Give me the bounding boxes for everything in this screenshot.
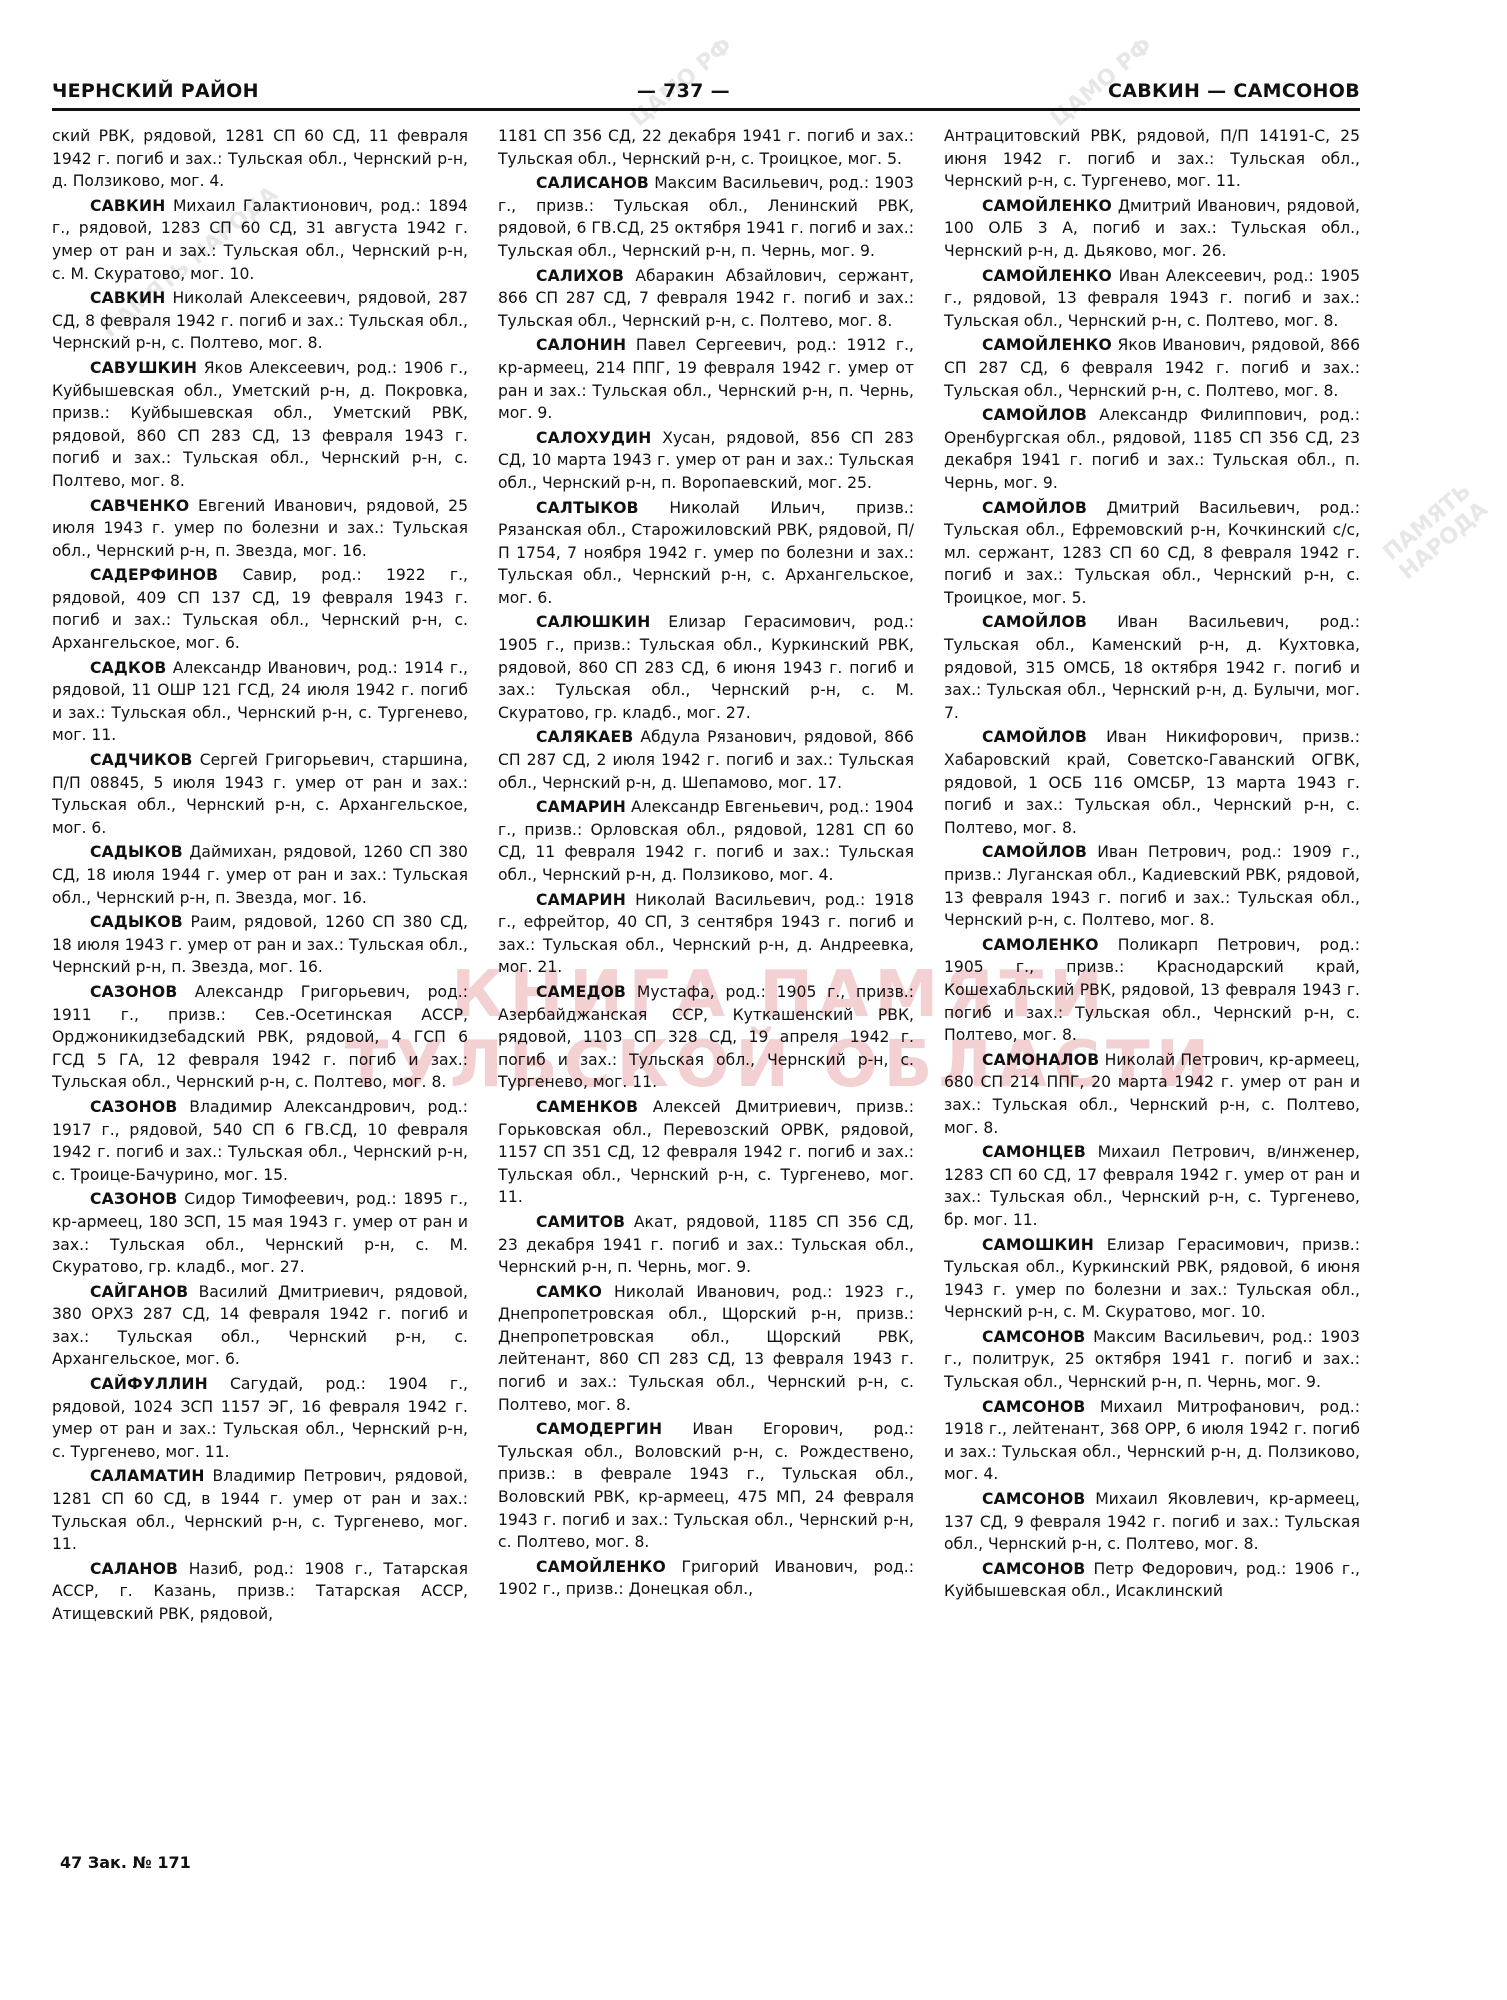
entry-surname: САМОЙЛЕНКО <box>536 1558 666 1576</box>
entry-surname: САЛИХОВ <box>536 267 624 285</box>
list-item: 1181 СП 356 СД, 22 декабря 1941 г. погиб… <box>498 125 914 170</box>
list-item: САМОНАЛОВ Николай Петрович, кр-армеец, 6… <box>944 1049 1360 1139</box>
list-item: САМОЙЛЕНКО Яков Иванович, рядовой, 866 С… <box>944 334 1360 402</box>
entry-surname: САЛЯКАЕВ <box>536 728 633 746</box>
list-item: САМОШКИН Елизар Герасимович, призв.: Тул… <box>944 1234 1360 1324</box>
entry-surname: САМОНАЛОВ <box>982 1051 1099 1069</box>
entry-surname: САМСОНОВ <box>982 1490 1086 1508</box>
entry-text: 1181 СП 356 СД, 22 декабря 1941 г. погиб… <box>498 127 914 168</box>
list-item: САМСОНОВ Максим Васильевич, род.: 1903 г… <box>944 1326 1360 1394</box>
list-item: САДЫКОВ Даймихан, рядовой, 1260 СП 380 С… <box>52 841 468 909</box>
list-item: САМЕНКОВ Алексей Дмитриевич, призв.: Гор… <box>498 1096 914 1209</box>
entry-surname: САВЧЕНКО <box>90 497 189 515</box>
list-item: Антрацитовский РВК, рядовой, П/П 14191-С… <box>944 125 1360 193</box>
list-item: САМСОНОВ Михаил Яковлевич, кр-армеец, 13… <box>944 1488 1360 1556</box>
list-item: САМОЙЛОВ Иван Петрович, род.: 1909 г., п… <box>944 841 1360 931</box>
entry-surname: САМОЙЛОВ <box>982 406 1087 424</box>
page-number: — 737 — <box>637 80 730 102</box>
list-item: ский РВК, рядовой, 1281 СП 60 СД, 11 фев… <box>52 125 468 193</box>
list-item: САЛОНИН Павел Сергеевич, род.: 1912 г., … <box>498 334 914 424</box>
entry-text: Антрацитовский РВК, рядовой, П/П 14191-С… <box>944 127 1360 190</box>
list-item: САВЧЕНКО Евгений Иванович, рядовой, 25 и… <box>52 495 468 563</box>
entry-surname: САМСОНОВ <box>982 1328 1086 1346</box>
list-item: САМОЙЛОВ Иван Васильевич, род.: Тульская… <box>944 611 1360 724</box>
page-header: ЧЕРНСКИЙ РАЙОН — 737 — САВКИН — САМСОНОВ <box>52 80 1360 111</box>
entry-surname: САЛАНОВ <box>90 1560 178 1578</box>
entry-surname: САДЫКОВ <box>90 913 183 931</box>
name-range: САВКИН — САМСОНОВ <box>1108 80 1360 102</box>
list-item: САЙФУЛЛИН Сагудай, род.: 1904 г., рядово… <box>52 1373 468 1463</box>
entry-surname: САМОЙЛОВ <box>982 843 1087 861</box>
list-item: САЛАМАТИН Владимир Петрович, рядовой, 12… <box>52 1465 468 1555</box>
entry-surname: САМСОНОВ <box>982 1560 1086 1578</box>
entry-surname: САЙГАНОВ <box>90 1283 188 1301</box>
entry-surname: САМОЙЛОВ <box>982 613 1087 631</box>
entry-surname: САДЫКОВ <box>90 843 183 861</box>
column-1: ский РВК, рядовой, 1281 СП 60 СД, 11 фев… <box>52 125 468 1628</box>
list-item: САЙГАНОВ Василий Дмитриевич, рядовой, 38… <box>52 1281 468 1371</box>
entry-surname: САДКОВ <box>90 659 167 677</box>
list-item: САДЕРФИНОВ Савир, род.: 1922 г., рядовой… <box>52 564 468 654</box>
list-item: САМИТОВ Акат, рядовой, 1185 СП 356 СД, 2… <box>498 1211 914 1279</box>
entry-surname: САМАРИН <box>536 798 626 816</box>
entry-surname: САЗОНОВ <box>90 1190 177 1208</box>
entry-text: ский РВК, рядовой, 1281 СП 60 СД, 11 фев… <box>52 127 468 190</box>
entry-surname: САЗОНОВ <box>90 983 177 1001</box>
entry-surname: САВУШКИН <box>90 359 197 377</box>
entry-surname: САЛОНИН <box>536 336 626 354</box>
entry-surname: САМОЙЛЕНКО <box>982 267 1112 285</box>
print-order-footer: 47 Зак. № 171 <box>60 1853 191 1872</box>
entry-surname: САДЕРФИНОВ <box>90 566 218 584</box>
entry-surname: САМАРИН <box>536 891 626 909</box>
entry-surname: САЛИСАНОВ <box>536 174 649 192</box>
list-item: САВКИН Михаил Галактионович, род.: 1894 … <box>52 195 468 285</box>
memory-stamp: ПАМЯТЬ НАРОДА <box>1379 465 1507 585</box>
entry-text: Николай Иванович, род.: 1923 г., Днепроп… <box>498 1283 914 1414</box>
entry-surname: САМИТОВ <box>536 1213 625 1231</box>
district-title: ЧЕРНСКИЙ РАЙОН <box>52 80 259 102</box>
entry-surname: САВКИН <box>90 197 165 215</box>
list-item: САЛАНОВ Назиб, род.: 1908 г., Татарская … <box>52 1558 468 1626</box>
list-item: САМОЙЛЕНКО Иван Алексеевич, род.: 1905 г… <box>944 265 1360 333</box>
list-item: САМЕДОВ Мустафа, род.: 1905 г., призв.: … <box>498 981 914 1094</box>
list-item: САМСОНОВ Михаил Митрофанович, род.: 1918… <box>944 1396 1360 1486</box>
list-item: САЛТЫКОВ Николай Ильич, призв.: Рязанска… <box>498 497 914 610</box>
entry-surname: САМОЙЛОВ <box>982 728 1087 746</box>
list-item: САДЫКОВ Раим, рядовой, 1260 СП 380 СД, 1… <box>52 911 468 979</box>
list-item: САМКО Николай Иванович, род.: 1923 г., Д… <box>498 1281 914 1417</box>
list-item: САЛЯКАЕВ Абдула Рязанович, рядовой, 866 … <box>498 726 914 794</box>
entry-surname: САЛЮШКИН <box>536 613 650 631</box>
list-item: САЛИХОВ Абаракин Абзайлович, сержант, 86… <box>498 265 914 333</box>
entry-surname: САМКО <box>536 1283 602 1301</box>
entry-surname: САМОЛЕНКО <box>982 936 1099 954</box>
list-item: САЗОНОВ Александр Григорьевич, род.: 191… <box>52 981 468 1094</box>
column-2: 1181 СП 356 СД, 22 декабря 1941 г. погиб… <box>498 125 914 1628</box>
column-3: Антрацитовский РВК, рядовой, П/П 14191-С… <box>944 125 1360 1628</box>
list-item: САМСОНОВ Петр Федорович, род.: 1906 г., … <box>944 1558 1360 1603</box>
list-item: САМОЛЕНКО Поликарп Петрович, род.: 1905 … <box>944 934 1360 1047</box>
entry-text: Яков Алексеевич, род.: 1906 г., Куйбышев… <box>52 359 468 490</box>
list-item: САМОЙЛЕНКО Дмитрий Иванович, рядовой, 10… <box>944 195 1360 263</box>
entry-surname: САМОЙЛЕНКО <box>982 197 1112 215</box>
entry-text: Иван Егорович, род.: Тульская обл., Воло… <box>498 1420 914 1551</box>
entry-surname: САМОЙЛЕНКО <box>982 336 1112 354</box>
entry-surname: САЙФУЛЛИН <box>90 1375 208 1393</box>
list-item: САЛОХУДИН Хусан, рядовой, 856 СП 283 СД,… <box>498 427 914 495</box>
entry-surname: САМОШКИН <box>982 1236 1094 1254</box>
entry-surname: САЛОХУДИН <box>536 429 652 447</box>
list-item: САЗОНОВ Сидор Тимофеевич, род.: 1895 г.,… <box>52 1188 468 1278</box>
entry-surname: САМОДЕРГИН <box>536 1420 662 1438</box>
entry-surname: САДЧИКОВ <box>90 751 193 769</box>
list-item: САЗОНОВ Владимир Александрович, род.: 19… <box>52 1096 468 1186</box>
list-item: САДКОВ Александр Иванович, род.: 1914 г.… <box>52 657 468 747</box>
entry-surname: САМОЙЛОВ <box>982 499 1087 517</box>
entry-surname: САМЕНКОВ <box>536 1098 638 1116</box>
list-item: САВКИН Николай Алексеевич, рядовой, 287 … <box>52 287 468 355</box>
text-columns: ский РВК, рядовой, 1281 СП 60 СД, 11 фев… <box>52 125 1360 1628</box>
list-item: САЛИСАНОВ Максим Васильевич, род.: 1903 … <box>498 172 914 262</box>
list-item: САМОЙЛОВ Дмитрий Васильевич, род.: Тульс… <box>944 497 1360 610</box>
list-item: САМАРИН Николай Васильевич, род.: 1918 г… <box>498 889 914 979</box>
list-item: САМАРИН Александр Евгеньевич, род.: 1904… <box>498 796 914 886</box>
entry-surname: САЗОНОВ <box>90 1098 177 1116</box>
list-item: САВУШКИН Яков Алексеевич, род.: 1906 г.,… <box>52 357 468 493</box>
list-item: САМОЙЛОВ Иван Никифорович, призв.: Хабар… <box>944 726 1360 839</box>
list-item: САМОЙЛЕНКО Григорий Иванович, род.: 1902… <box>498 1556 914 1601</box>
list-item: САЛЮШКИН Елизар Герасимович, род.: 1905 … <box>498 611 914 724</box>
list-item: САМОЙЛОВ Александр Филиппович, род.: Оре… <box>944 404 1360 494</box>
list-item: САМОДЕРГИН Иван Егорович, род.: Тульская… <box>498 1418 914 1554</box>
entry-surname: САМСОНОВ <box>982 1398 1086 1416</box>
entry-surname: САЛТЫКОВ <box>536 499 639 517</box>
list-item: САМОНЦЕВ Михаил Петрович, в/инженер, 128… <box>944 1141 1360 1231</box>
entry-surname: САМОНЦЕВ <box>982 1143 1086 1161</box>
entry-surname: САМЕДОВ <box>536 983 626 1001</box>
document-page: ЧЕРНСКИЙ РАЙОН — 737 — САВКИН — САМСОНОВ… <box>52 80 1360 1628</box>
entry-surname: САЛАМАТИН <box>90 1467 205 1485</box>
list-item: САДЧИКОВ Сергей Григорьевич, старшина, П… <box>52 749 468 839</box>
entry-surname: САВКИН <box>90 289 165 307</box>
